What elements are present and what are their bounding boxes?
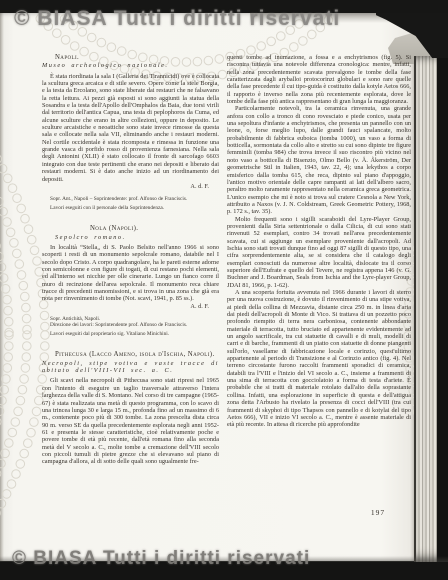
paragraph-napoli: È stata riordinata la sala I (Galleria d… [42,73,219,183]
section-heading-napoli: Napoli. [55,54,219,61]
footnote-nola-3: Lavori eseguiti dal proprietario sig. Vi… [42,331,219,337]
right-column: quenti tombe ad inumazione, a fossa e a … [227,54,411,429]
section-subheading-nola: Sepolcro romano. [55,234,219,241]
section-pithecusa: Pithecusa (Lacco Ameno, isola d'Ischia, … [42,351,219,465]
section-heading-nola: Nola (Napoli). [90,225,219,232]
section-nola: Nola (Napoli). Sepolcro romano. In local… [42,225,219,337]
section-heading-pithecusa: Pithecusa (Lacco Ameno, isola d'Ischia, … [55,351,219,358]
page-number: 197 [358,508,398,517]
book-page-edge-stack [414,56,439,562]
paragraph-nola: In località “Stella„ di S. Paolo Belsito… [42,244,219,303]
left-column: Napoli. Museo archeologico nazionale. È … [42,54,219,466]
section-napoli: Napoli. Museo archeologico nazionale. È … [42,54,219,211]
paragraph-pithecusa-cont-2: Particolarmente notevoli, tra la ceramic… [227,105,411,215]
section-subheading-pithecusa: Necropoli, stipe votiva e vaste tracce d… [42,360,219,375]
signature-nola: A. d. F. [42,303,209,310]
footnote-napoli-2: Lavori eseguiti con il personale della S… [42,205,219,211]
paragraph-pithecusa-cont-4: A una scoperta fortuita avvenuta nel 196… [227,289,411,429]
signature-napoli: A. d. F. [42,183,209,190]
footnote-napoli-1: Sopr. Ant., Napoli – Soprintendente: pro… [42,196,219,202]
scan-right-border [437,0,448,580]
section-subheading-napoli: Museo archeologico nazionale. [42,62,219,69]
watermark-top: © BIASA Tutti i diritti riservati [14,7,340,31]
footnote-nola-2: Direzione dei lavori: Soprintendente pro… [42,322,219,328]
paragraph-pithecusa: Gli scavi nella necropoli di Pithecusa s… [42,377,219,465]
watermark-bottom: © BIASA Tutti i diritti riservati [12,548,310,570]
paragraph-pithecusa-cont-3: Molto frequenti sono i sigilli scaraboid… [227,216,411,289]
paragraph-pithecusa-cont-1: quenti tombe ad inumazione, a fossa e a … [227,54,411,105]
